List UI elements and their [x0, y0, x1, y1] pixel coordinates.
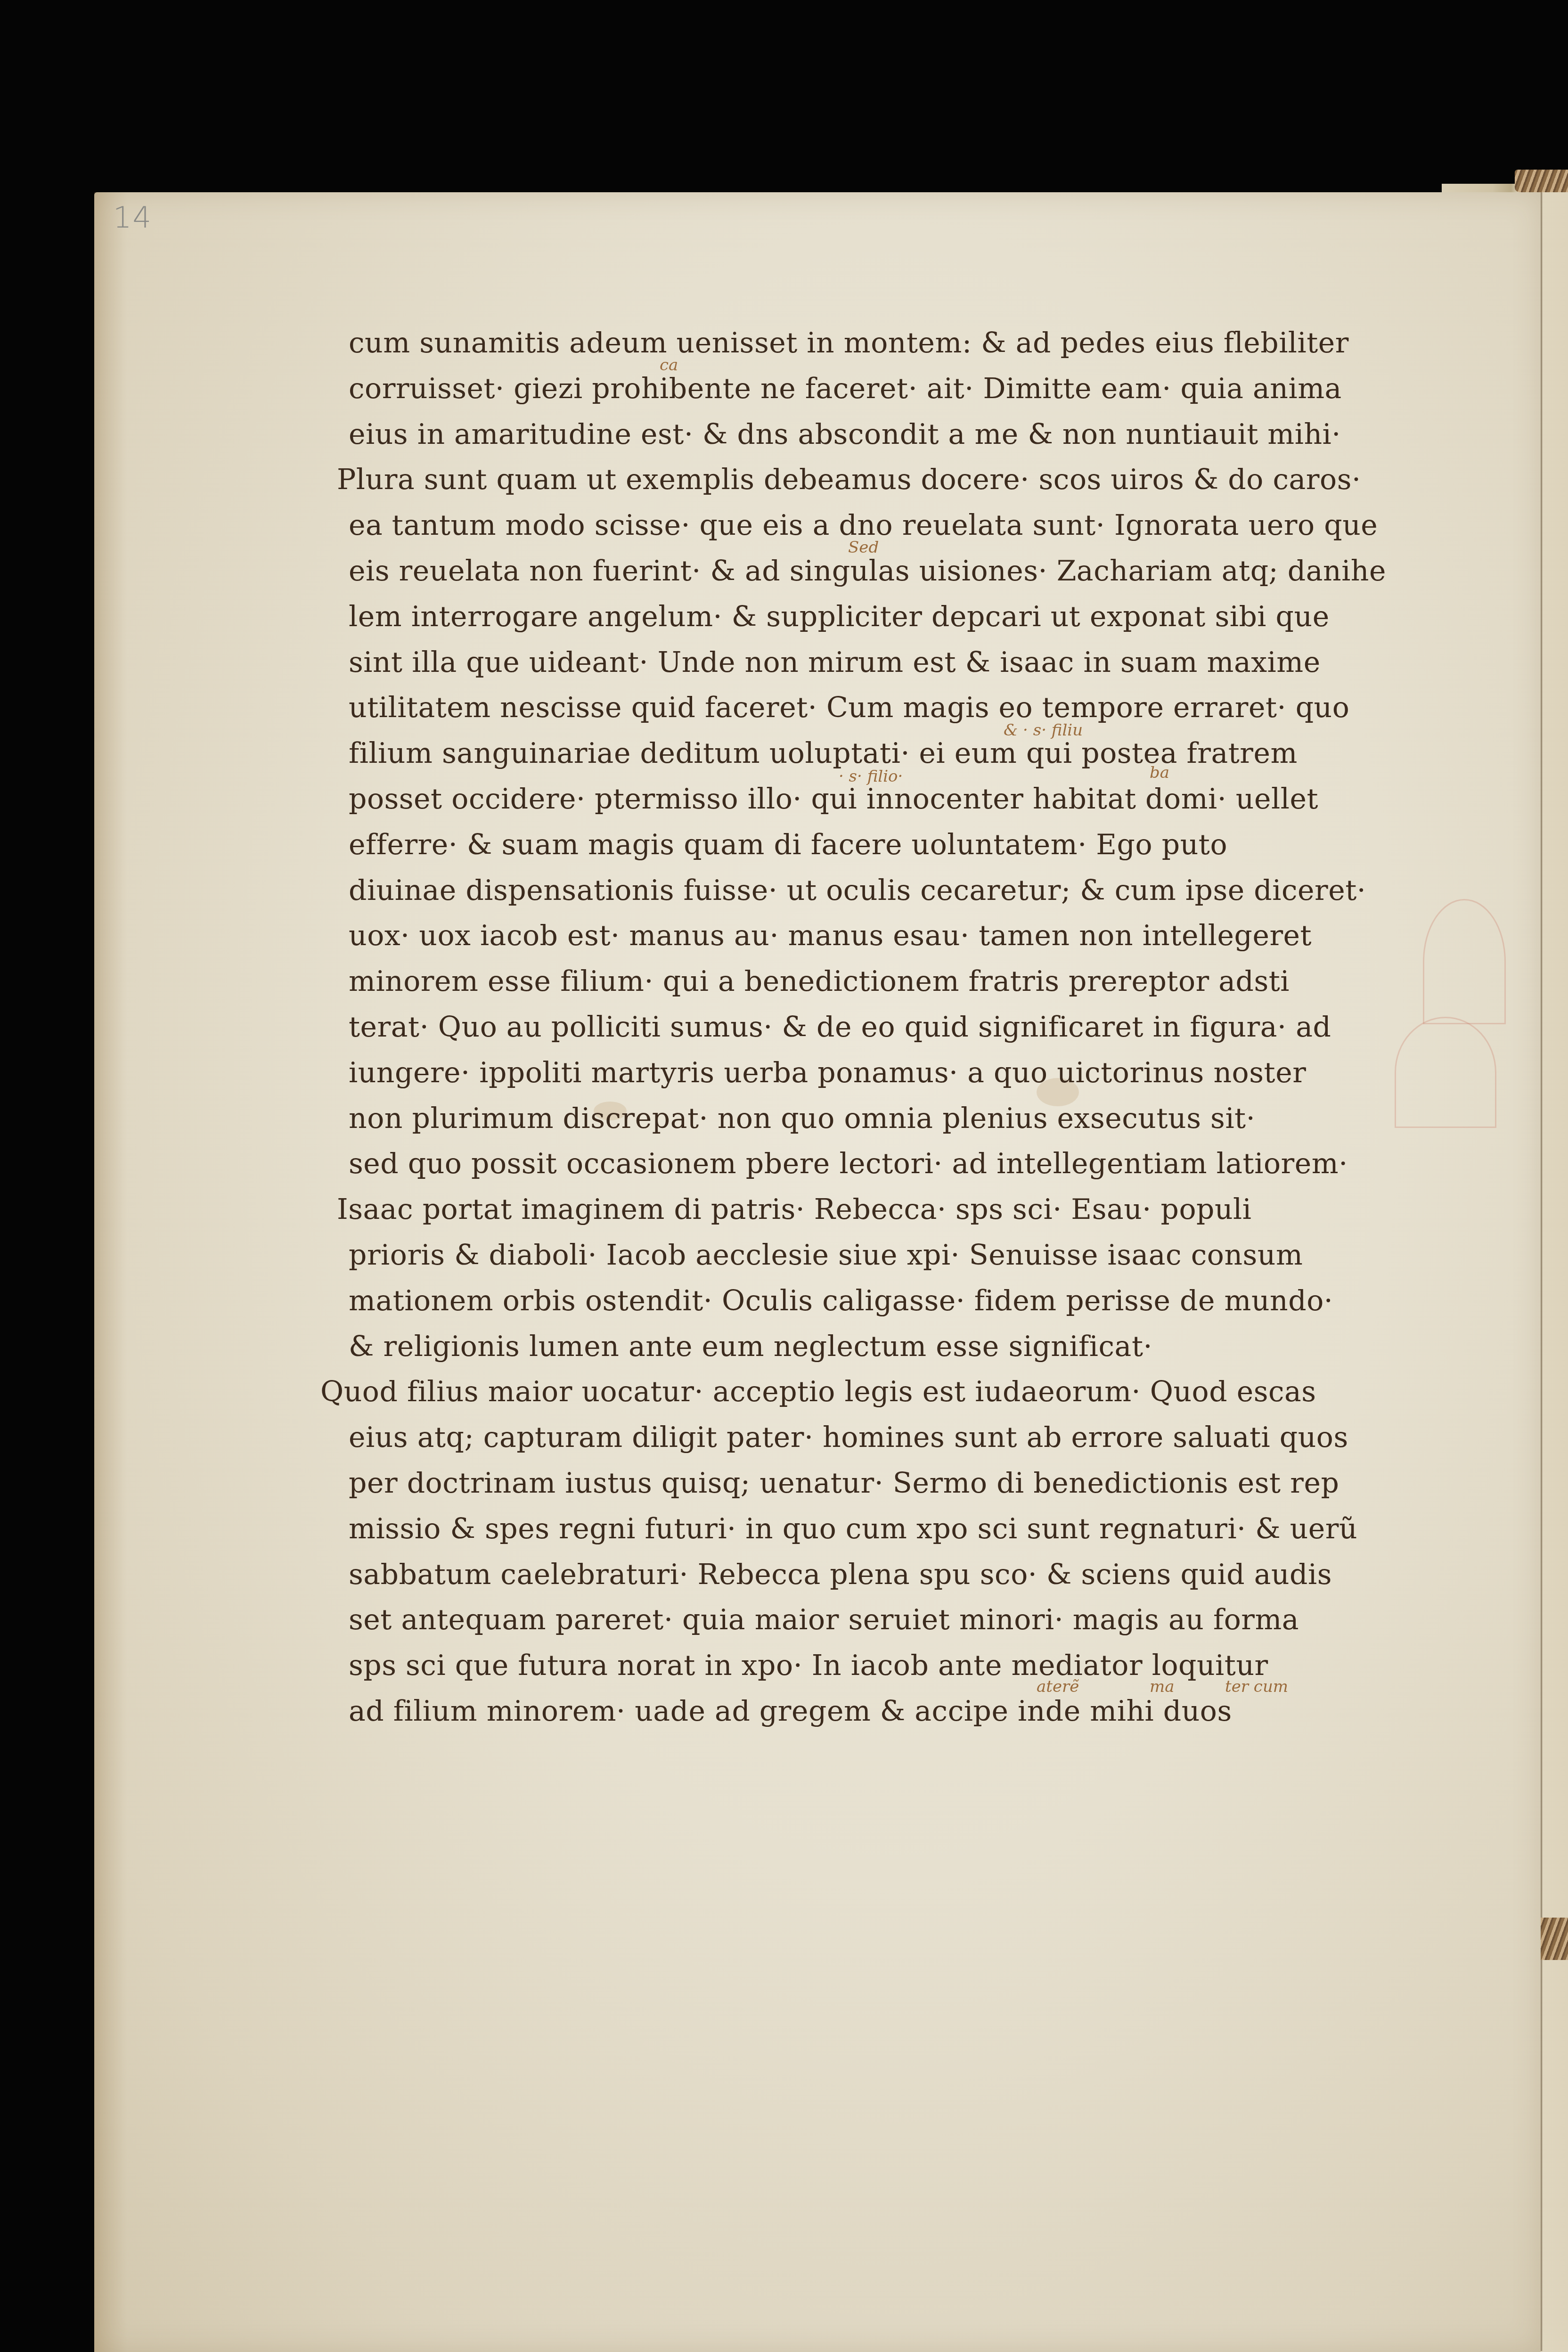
text-line: per doctrinam iustus quisq; uenatur· Ser…: [349, 1461, 1489, 1506]
text-line: corruisset· giezi prohibente ne faceret·…: [349, 366, 1489, 412]
text-line: sed quo possit occasionem pbere lectori·…: [349, 1141, 1489, 1187]
text-line: missio & spes regni futuri· in quo cum x…: [349, 1506, 1489, 1552]
text-line: & religionis lumen ante eum neglectum es…: [349, 1324, 1489, 1370]
text-line: sint illa que uideant· Unde non mirum es…: [349, 640, 1489, 686]
text-line: mationem orbis ostendit· Oculis caligass…: [349, 1278, 1489, 1324]
text-line: lem interrogare angelum· & suppliciter d…: [349, 594, 1489, 640]
text-line: Plura sunt quam ut exemplis debeamus doc…: [337, 457, 1489, 503]
interlinear-gloss: Sed: [848, 538, 879, 557]
text-line: uox· uox iacob est· manus au· manus esau…: [349, 913, 1489, 959]
text-line: iungere· ippoliti martyris uerba ponamus…: [349, 1050, 1489, 1096]
main-text-block: cum sunamitis adeum uenisset in montem: …: [349, 320, 1489, 1734]
text-line: set antequam pareret· quia maior seruiet…: [349, 1597, 1489, 1643]
text-line: terat· Quo au polliciti sumus· & de eo q…: [349, 1004, 1489, 1050]
text-line: non plurimum discrepat· non quo omnia pl…: [349, 1096, 1489, 1142]
text-line: diuinae dispensationis fuisse· ut oculis…: [349, 868, 1489, 914]
interlinear-gloss: ter cum: [1225, 1677, 1288, 1696]
interlinear-gloss: aterẽ: [1037, 1677, 1079, 1696]
text-line: prioris & diaboli· Iacob aecclesie siue …: [349, 1233, 1489, 1278]
interlinear-gloss: · s· filio·: [839, 767, 903, 786]
text-line: eis reuelata non fuerint· & ad singulas …: [349, 548, 1489, 594]
text-line: sps sci que futura norat in xpo· In iaco…: [349, 1643, 1489, 1689]
folio-number: 14: [113, 200, 152, 235]
text-line: cum sunamitis adeum uenisset in montem: …: [349, 320, 1489, 366]
text-line: utilitatem nescisse quid faceret· Cum ma…: [349, 685, 1489, 731]
text-line: ea tantum modo scisse· que eis a dno reu…: [349, 503, 1489, 548]
interlinear-gloss: ca: [660, 356, 678, 375]
text-line: Quod filius maior uocatur· acceptio legi…: [320, 1369, 1489, 1415]
text-line: Isaac portat imaginem di patris· Rebecca…: [337, 1187, 1489, 1233]
text-line: efferre· & suam magis quam di facere uol…: [349, 822, 1489, 868]
interlinear-gloss: ba: [1150, 763, 1169, 782]
text-line: eius in amaritudine est· & dns abscondit…: [349, 412, 1489, 457]
text-line: posset occidere· ptermisso illo· qui inn…: [349, 776, 1489, 822]
text-line: sabbatum caelebraturi· Rebecca plena spu…: [349, 1552, 1489, 1598]
binding-thread-top: [1515, 170, 1568, 192]
text-line: filium sanguinariae deditum uoluptati· e…: [349, 731, 1489, 776]
text-line: minorem esse filium· qui a benedictionem…: [349, 959, 1489, 1004]
text-line: ad filium minorem· uade ad gregem & acci…: [349, 1689, 1489, 1734]
text-line: eius atq; capturam diligit pater· homine…: [349, 1415, 1489, 1461]
interlinear-gloss: & · s· filiu: [1004, 721, 1083, 740]
interlinear-gloss: ma: [1150, 1677, 1175, 1696]
